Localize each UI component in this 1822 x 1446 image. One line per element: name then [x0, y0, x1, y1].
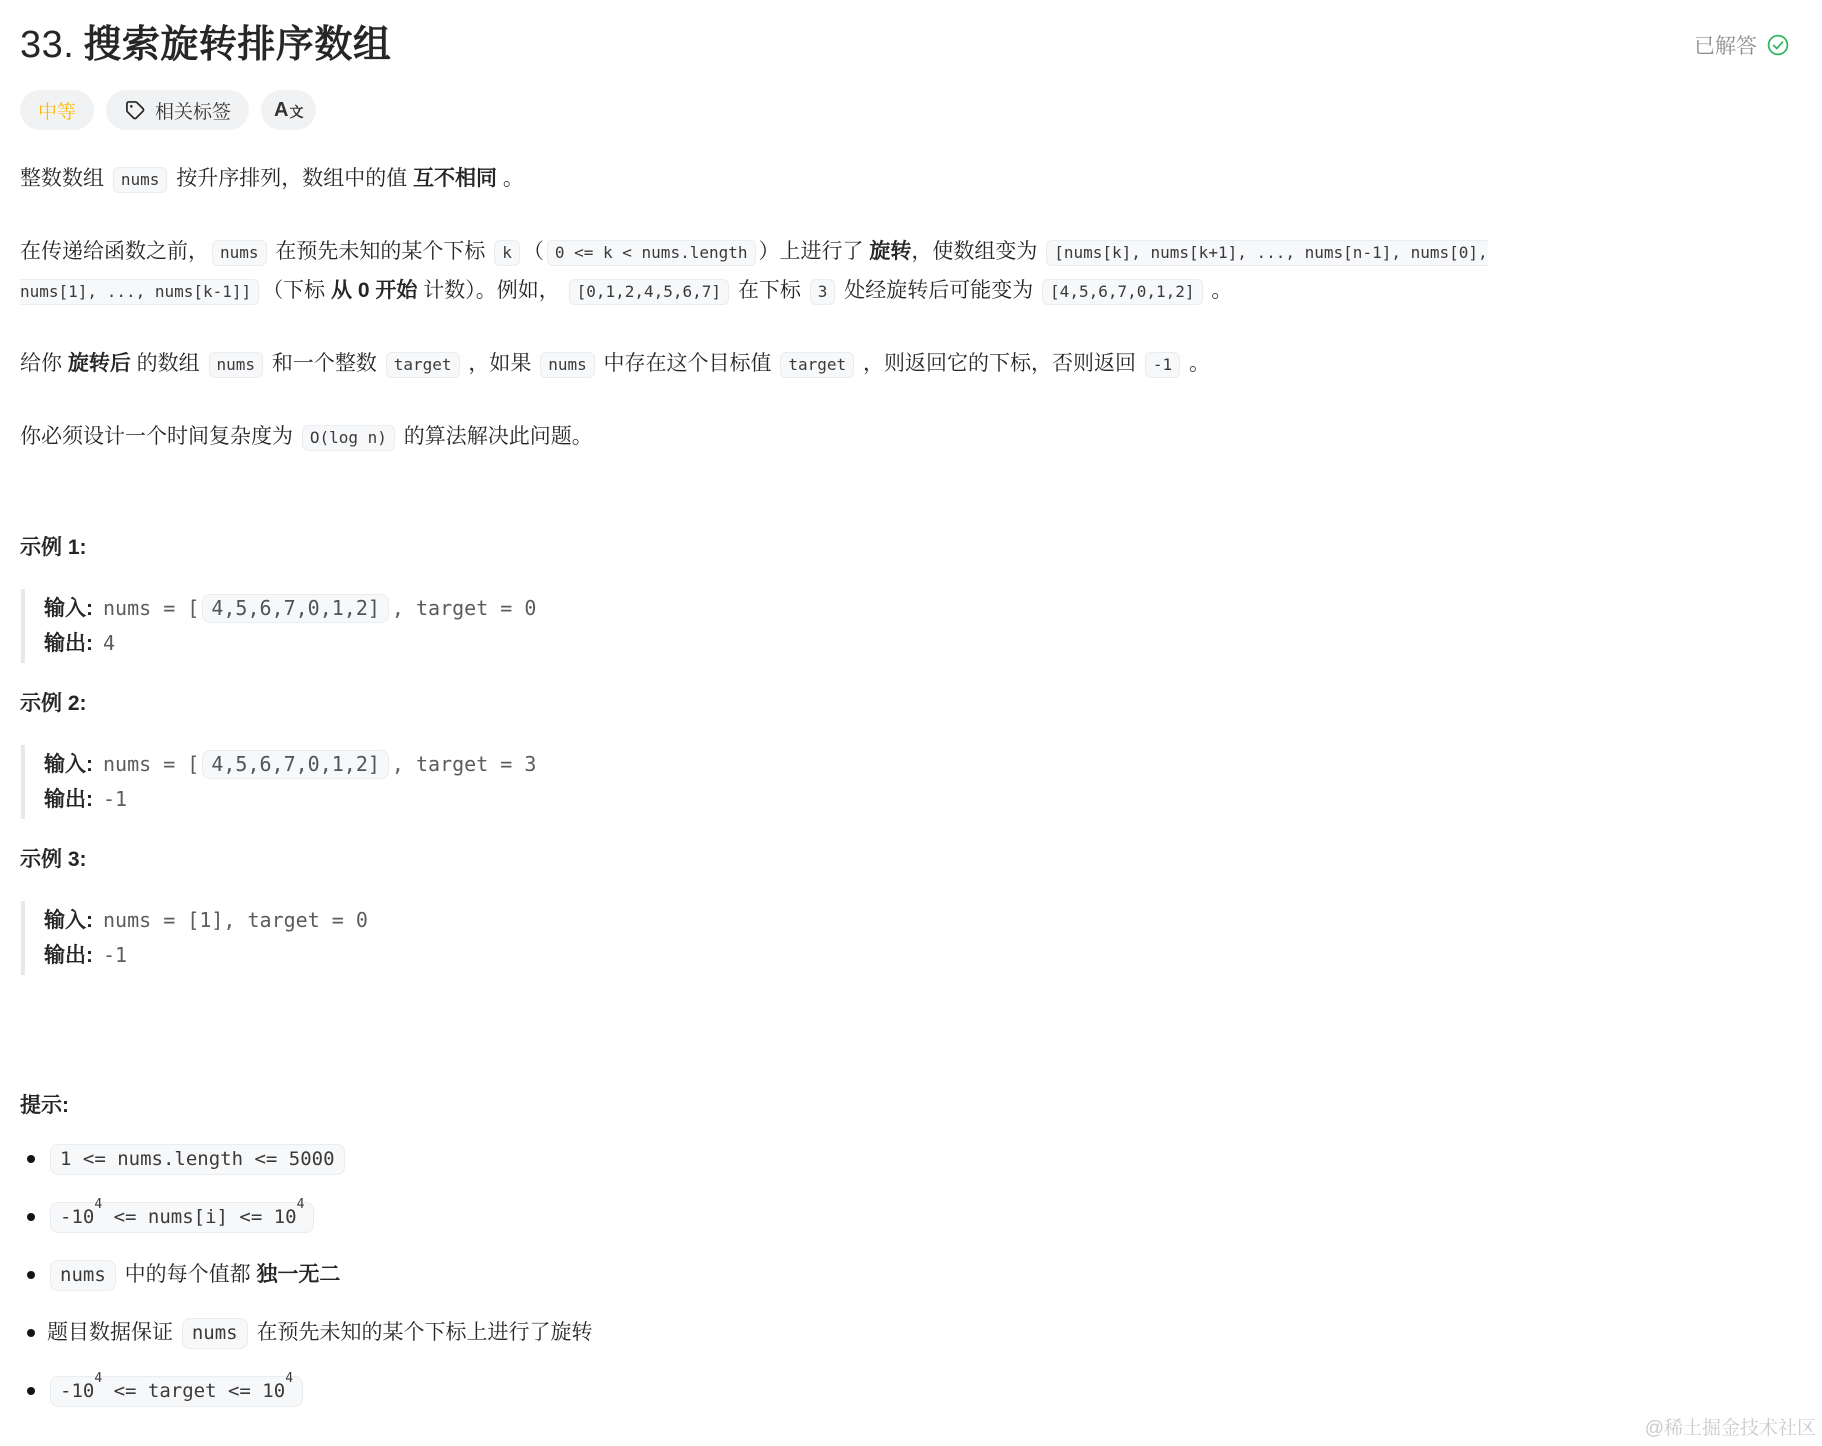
- constraint-item-1: 1 <= nums.length <= 5000: [20, 1139, 1552, 1179]
- example-2-block: 输入:nums = [4,5,6,7,0,1,2], target = 3 输出…: [21, 745, 1552, 819]
- input-label: 输入:: [44, 909, 93, 932]
- example-1-heading: 示例 1:: [20, 533, 1552, 563]
- example-1-output-line: 输出:4: [44, 626, 1552, 661]
- constraint-item-5: -104 <= target <= 104: [20, 1371, 1552, 1411]
- example-3-output-line: 输出:-1: [44, 938, 1552, 973]
- inline-code: O(log n): [302, 425, 395, 451]
- inline-code: [4,5,6,7,0,1,2]: [1042, 279, 1203, 305]
- tag-icon: [124, 99, 146, 121]
- output-label: 输出:: [44, 944, 93, 967]
- bold-text: 旋转: [869, 240, 911, 263]
- inline-code: nums: [113, 167, 168, 193]
- problem-number: 33.: [20, 24, 74, 66]
- example-3-input-line: 输入:nums = [1], target = 0: [44, 903, 1552, 938]
- hints-heading: 提示:: [20, 1091, 1552, 1121]
- constraint-item-4: 题目数据保证 nums 在预先未知的某个下标上进行了旋转: [20, 1313, 1552, 1353]
- difficulty-badge[interactable]: 中等: [20, 90, 94, 130]
- superscript: 4: [94, 1197, 102, 1212]
- inline-code: nums: [540, 352, 595, 378]
- example-2-input-line: 输入:nums = [4,5,6,7,0,1,2], target = 3: [44, 747, 1552, 782]
- problem-name: 搜索旋转排序数组: [83, 24, 391, 66]
- output-label: 输出:: [44, 632, 93, 655]
- example-1-input-value: nums = [4,5,6,7,0,1,2], target = 0: [103, 596, 536, 620]
- constraint-item-3: nums 中的每个值都 独一无二: [20, 1255, 1552, 1295]
- description-paragraph-3: 给你 旋转后 的数组 nums 和一个整数 target ，如果 nums 中存…: [20, 345, 1552, 384]
- solved-status: 已解答: [1694, 30, 1790, 60]
- translate-toggle[interactable]: A文: [261, 90, 316, 130]
- inline-code: target: [386, 352, 460, 378]
- output-label: 输出:: [44, 788, 93, 811]
- translate-icon: A: [274, 99, 288, 122]
- inline-code: 4,5,6,7,0,1,2]: [202, 750, 389, 779]
- example-1-input-line: 输入:nums = [4,5,6,7,0,1,2], target = 0: [44, 591, 1552, 626]
- bold-text: 旋转后: [68, 352, 131, 375]
- inline-code: nums: [212, 240, 267, 266]
- constraint-item-2: -104 <= nums[i] <= 104: [20, 1197, 1552, 1237]
- inline-code: nums: [50, 1260, 116, 1291]
- example-1-block: 输入:nums = [4,5,6,7,0,1,2], target = 0 输出…: [21, 589, 1552, 663]
- example-3-output-value: -1: [103, 943, 127, 967]
- inline-code: k: [494, 240, 520, 266]
- description-paragraph-2: 在传递给函数之前，nums 在预先未知的某个下标 k（0 <= k < nums…: [20, 233, 1552, 311]
- content-area: 33.搜索旋转排序数组 已解答 中等 相关标签 A文 整数数组 nums: [0, 0, 1822, 1411]
- example-3-heading: 示例 3:: [20, 845, 1552, 875]
- translate-icon-sub: 文: [289, 102, 303, 122]
- input-label: 输入:: [44, 597, 93, 620]
- superscript: 4: [297, 1197, 305, 1212]
- example-3-block: 输入:nums = [1], target = 0 输出:-1: [21, 901, 1552, 975]
- bold-text: 互不相同: [413, 167, 497, 190]
- description-paragraph-4: 你必须设计一个时间复杂度为 O(log n) 的算法解决此问题。: [20, 418, 1552, 457]
- related-tags-label: 相关标签: [155, 97, 231, 124]
- watermark: @稀土掘金技术社区: [1645, 1413, 1816, 1440]
- example-2-input-value: nums = [4,5,6,7,0,1,2], target = 3: [103, 752, 536, 776]
- inline-code: 1 <= nums.length <= 5000: [50, 1144, 345, 1175]
- superscript: 4: [94, 1371, 102, 1386]
- inline-code: [0,1,2,4,5,6,7]: [569, 279, 730, 305]
- bold-text: 独一无二: [256, 1263, 340, 1286]
- inline-code: nums: [209, 352, 264, 378]
- inline-code: 4,5,6,7,0,1,2]: [202, 594, 389, 623]
- input-label: 输入:: [44, 753, 93, 776]
- example-1-output-value: 4: [103, 631, 115, 655]
- inline-code: target: [780, 352, 854, 378]
- solved-label: 已解答: [1694, 30, 1757, 60]
- constraints-list: 1 <= nums.length <= 5000 -104 <= nums[i]…: [20, 1139, 1552, 1411]
- inline-code: -1: [1145, 352, 1180, 378]
- inline-code: nums: [182, 1318, 248, 1349]
- inline-code: 0 <= k < nums.length: [547, 240, 756, 266]
- description-paragraph-1: 整数数组 nums 按升序排列，数组中的值 互不相同 。: [20, 160, 1552, 199]
- inline-code: 3: [810, 279, 836, 305]
- inline-code: -104 <= target <= 104: [50, 1376, 303, 1407]
- example-2-output-value: -1: [103, 787, 127, 811]
- example-3-input-value: nums = [1], target = 0: [103, 908, 368, 932]
- related-tags-button[interactable]: 相关标签: [106, 90, 249, 130]
- problem-title: 33.搜索旋转排序数组: [20, 22, 391, 68]
- tags-row: 中等 相关标签 A文: [20, 90, 1802, 130]
- problem-description: 整数数组 nums 按升序排列，数组中的值 互不相同 。 在传递给函数之前，nu…: [20, 160, 1552, 1411]
- header-row: 33.搜索旋转排序数组 已解答: [20, 22, 1802, 68]
- example-2-heading: 示例 2:: [20, 689, 1552, 719]
- check-circle-icon: [1766, 33, 1790, 57]
- inline-code: -104 <= nums[i] <= 104: [50, 1202, 314, 1233]
- problem-description-page: 33.搜索旋转排序数组 已解答 中等 相关标签 A文 整数数组 nums: [0, 0, 1822, 1446]
- bold-text: 从 0 开始: [331, 279, 417, 302]
- superscript: 4: [285, 1371, 293, 1386]
- example-2-output-line: 输出:-1: [44, 782, 1552, 817]
